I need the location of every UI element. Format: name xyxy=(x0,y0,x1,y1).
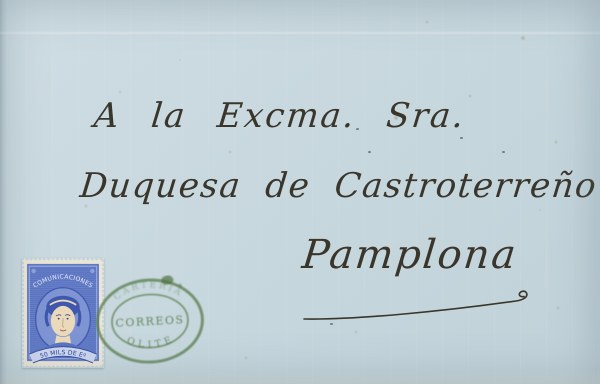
postmark-oval: CARTERIA CORREOS OLITE xyxy=(91,273,212,371)
stamp-corner-ornament xyxy=(90,269,94,273)
ink-speck xyxy=(368,151,371,153)
ink-speck xyxy=(356,128,359,130)
ink-speck xyxy=(460,137,463,139)
postmark-center-text: CORREOS xyxy=(115,313,185,330)
address-line-name: Duquesa de Castroterreño xyxy=(78,166,599,206)
address-line-city: Pamplona xyxy=(300,232,520,278)
address-line-recipient: A la Excma. Sra. xyxy=(92,96,467,136)
stamp-portrait xyxy=(36,288,91,352)
eye-right xyxy=(67,318,69,320)
postmark-bottom-text: OLITE xyxy=(125,333,178,352)
stamp-corner-ornament xyxy=(31,269,35,273)
ink-speck xyxy=(502,151,505,153)
ink-speck xyxy=(330,323,333,325)
eye-left xyxy=(58,318,60,320)
envelope-cover: A la Excma. Sra. Duquesa de Castroterreñ… xyxy=(0,0,600,384)
underline-stroke xyxy=(304,291,527,319)
